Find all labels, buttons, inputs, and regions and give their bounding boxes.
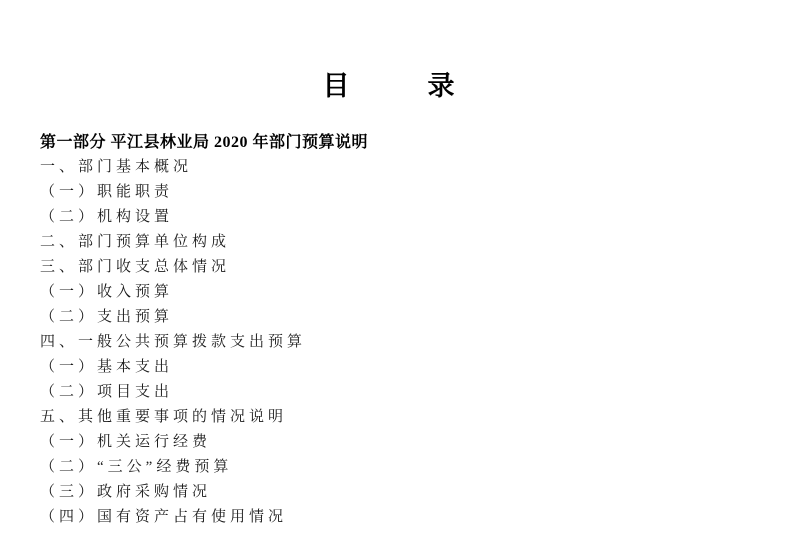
toc-item: （二）“三公”经费预算: [40, 455, 755, 480]
toc-item: （一）机关运行经费: [40, 430, 755, 455]
toc-item: （一）基本支出: [40, 355, 755, 380]
toc-item: （一）职能职责: [40, 180, 755, 205]
table-of-contents: 第一部分 平江县林业局 2020 年部门预算说明 一、部门基本概况（一）职能职责…: [40, 130, 755, 530]
toc-item: 三、部门收支总体情况: [40, 255, 755, 280]
toc-item: （二）机构设置: [40, 205, 755, 230]
toc-item: 一、部门基本概况: [40, 155, 755, 180]
toc-item: 五、其他重要事项的情况说明: [40, 405, 755, 430]
toc-item: 四、一般公共预算拨款支出预算: [40, 330, 755, 355]
toc-list: 一、部门基本概况（一）职能职责（二）机构设置二、部门预算单位构成三、部门收支总体…: [40, 155, 755, 530]
toc-item: （四）国有资产占有使用情况: [40, 505, 755, 530]
page-title: 目 录: [0, 70, 785, 102]
toc-item: （二）支出预算: [40, 305, 755, 330]
document-page: 目 录 第一部分 平江县林业局 2020 年部门预算说明 一、部门基本概况（一）…: [0, 0, 785, 555]
toc-item: （二）项目支出: [40, 380, 755, 405]
toc-item: 二、部门预算单位构成: [40, 230, 755, 255]
toc-item: （一）收入预算: [40, 280, 755, 305]
toc-item: （三）政府采购情况: [40, 480, 755, 505]
toc-part-heading: 第一部分 平江县林业局 2020 年部门预算说明: [40, 130, 755, 155]
